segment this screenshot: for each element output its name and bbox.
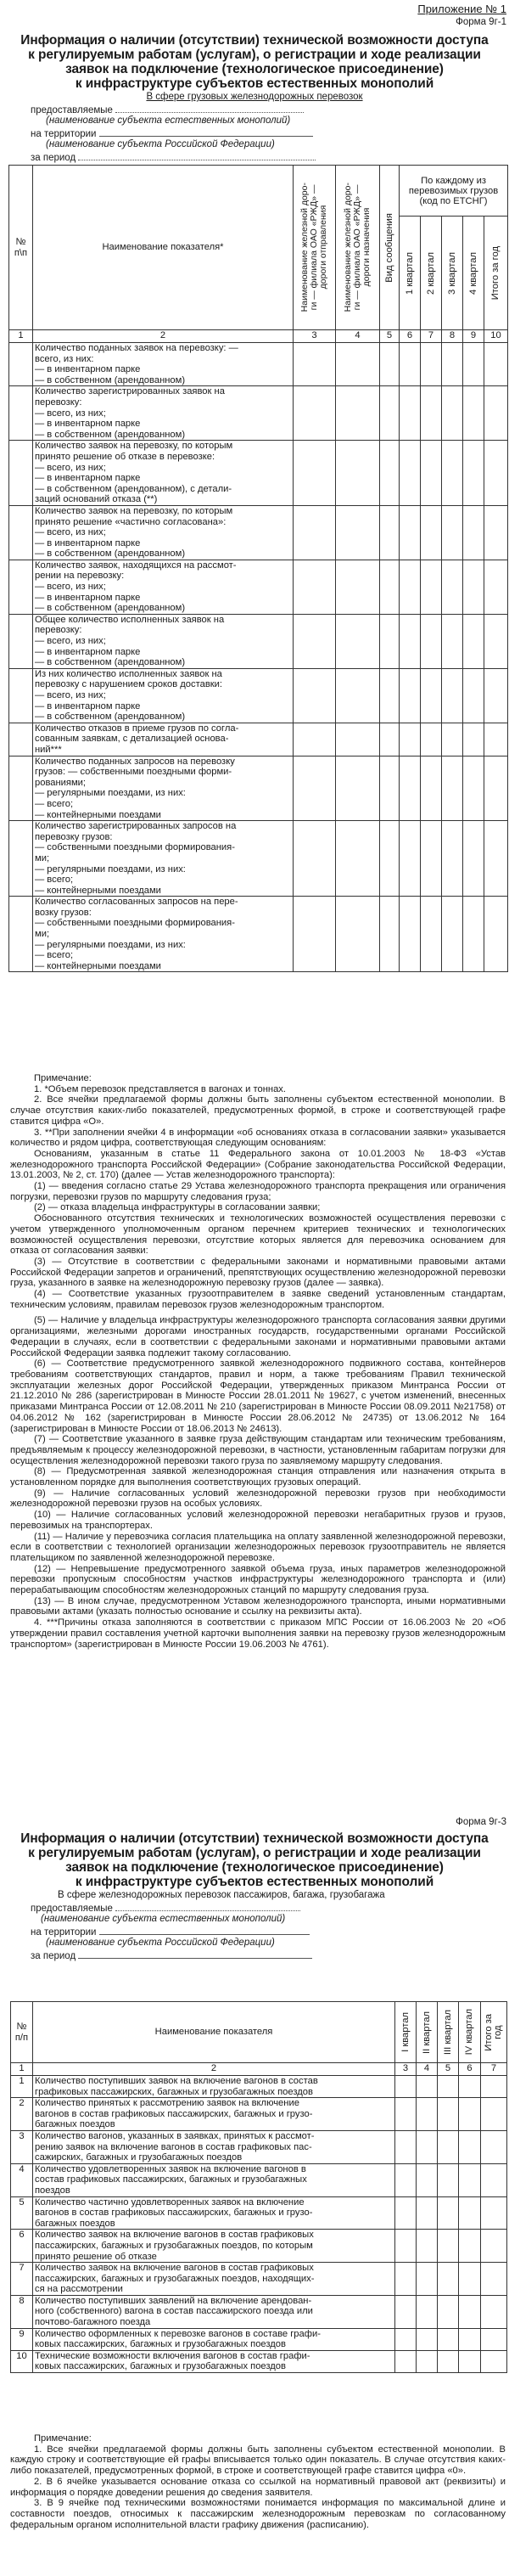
table-row: Количество отказов в приеме грузов по со… [9, 723, 508, 756]
value-cell[interactable] [459, 2163, 481, 2196]
table-row: Количество согласованных запросов на пер… [9, 897, 508, 972]
column-number: 7 [421, 330, 442, 343]
indicator-name: Общее количество исполненных заявок на п… [33, 614, 294, 668]
value-cell[interactable] [395, 2295, 417, 2328]
form3-label: Форма 9г-3 [456, 1817, 506, 1828]
provided-label: предоставляемые [31, 105, 113, 115]
note-paragraph: (10) — Наличие согласованных условий жел… [10, 1510, 506, 1531]
value-cell[interactable] [395, 2076, 417, 2098]
indicator-name: Количество поступивших заявлений на вклю… [33, 2295, 395, 2328]
column-number: 5 [438, 2063, 459, 2076]
value-cell[interactable] [400, 614, 421, 668]
value-cell[interactable] [294, 386, 336, 441]
value-cell[interactable] [463, 441, 484, 506]
form3-territory-field[interactable]: на территории [31, 1926, 310, 1938]
column-number-row: 12345678910 [9, 330, 508, 343]
value-cell[interactable] [442, 343, 463, 386]
value-cell[interactable] [463, 897, 484, 972]
table-row: 4Количество удовлетворенных заявок на вк… [11, 2163, 507, 2196]
value-cell[interactable] [484, 723, 508, 756]
value-cell[interactable] [442, 560, 463, 614]
table-row: 6Количество заявок на включение вагонов … [11, 2230, 507, 2263]
note-paragraph: (9) — Наличие согласованных условий желе… [10, 1488, 506, 1510]
header-q4: IV квартал [459, 2002, 481, 2063]
value-cell[interactable] [459, 2350, 481, 2372]
value-cell[interactable] [463, 343, 484, 386]
value-cell[interactable] [395, 2230, 417, 2263]
value-cell[interactable] [481, 2163, 507, 2196]
indicator-name: Количество зарегистрированных заявок на … [33, 386, 294, 441]
value-cell[interactable] [481, 2230, 507, 2263]
indicator-name: Количество заявок на включение вагонов в… [33, 2263, 395, 2296]
header-road-to: Наименование железной доро- ги — филиала… [336, 166, 380, 330]
title-line: заявок на подключение (технологическое п… [0, 63, 509, 76]
value-cell[interactable] [336, 505, 380, 560]
value-cell[interactable] [400, 560, 421, 614]
value-cell[interactable] [481, 2076, 507, 2098]
value-cell[interactable] [380, 756, 400, 821]
value-cell[interactable] [484, 560, 508, 614]
value-cell[interactable] [417, 2350, 438, 2372]
row-number [9, 441, 33, 506]
value-cell[interactable] [400, 821, 421, 897]
header-cargo-group: По каждому из перевозимых грузов (код по… [400, 166, 508, 217]
indicator-name: Количество частично удовлетворенных заяв… [33, 2196, 395, 2230]
value-cell[interactable] [459, 2130, 481, 2163]
value-cell[interactable] [481, 2263, 507, 2296]
value-cell[interactable] [481, 2328, 507, 2350]
indicator-name: Количество отказов в приеме грузов по со… [33, 723, 294, 756]
period-label: за период [31, 1951, 76, 1961]
table-row: Общее количество исполненных заявок на п… [9, 614, 508, 668]
value-cell[interactable] [442, 386, 463, 441]
value-cell[interactable] [336, 560, 380, 614]
value-cell[interactable] [442, 614, 463, 668]
note-paragraph: 3. В 9 ячейке под техническими возможнос… [10, 2498, 506, 2530]
value-cell[interactable] [442, 723, 463, 756]
value-cell[interactable] [438, 2098, 459, 2131]
indicator-name: Количество удовлетворенных заявок на вкл… [33, 2163, 395, 2196]
note-paragraph: (2) — отказа владельца инфраструктуры в … [10, 1202, 506, 1213]
territory-label: на территории [31, 129, 96, 139]
form3-provided-hint: (наименование субъекта естественных моно… [41, 1914, 285, 1925]
value-cell[interactable] [463, 723, 484, 756]
value-cell[interactable] [421, 756, 442, 821]
row-number [9, 505, 33, 560]
value-cell[interactable] [395, 2263, 417, 2296]
value-cell[interactable] [336, 614, 380, 668]
table-row: Количество зарегистрированных запросов н… [9, 821, 508, 897]
value-cell[interactable] [294, 897, 336, 972]
value-cell[interactable] [417, 2328, 438, 2350]
note-paragraph: (1) — введения согласно статье 29 Устава… [10, 1181, 506, 1202]
territory-field[interactable]: на территории [31, 127, 313, 140]
note-paragraph: Обоснованного отсутствия технических и т… [10, 1213, 506, 1257]
value-cell[interactable] [380, 343, 400, 386]
value-cell[interactable] [380, 560, 400, 614]
header-num: № п/п [11, 2002, 33, 2063]
note-paragraph: (13) — В ином случае, предусмотренном Ус… [10, 1596, 506, 1617]
value-cell[interactable] [438, 2130, 459, 2163]
title-line: к регулируемым работам (услугам), о реги… [0, 1847, 509, 1860]
value-cell[interactable] [417, 2295, 438, 2328]
value-cell[interactable] [294, 441, 336, 506]
value-cell[interactable] [336, 756, 380, 821]
value-cell[interactable] [481, 2130, 507, 2163]
note-paragraph: Основаниям, указанным в статье 11 Федера… [10, 1149, 506, 1181]
note-paragraph: (4) — Соответствие указанных грузоотправ… [10, 1289, 506, 1310]
column-number: 5 [380, 330, 400, 343]
value-cell[interactable] [417, 2163, 438, 2196]
territory-input-line[interactable] [99, 127, 313, 137]
period-input-line[interactable] [78, 1949, 312, 1959]
value-cell[interactable] [421, 723, 442, 756]
indicator-name: Количество зарегистрированных запросов н… [33, 821, 294, 897]
value-cell[interactable] [438, 2263, 459, 2296]
value-cell[interactable] [294, 723, 336, 756]
header-name: Наименование показателя [33, 2002, 395, 2063]
value-cell[interactable] [336, 441, 380, 506]
header-q3: III квартал [438, 2002, 459, 2063]
table-row: Количество зарегистрированных заявок на … [9, 386, 508, 441]
value-cell[interactable] [336, 723, 380, 756]
value-cell[interactable] [421, 821, 442, 897]
row-number: 1 [11, 2076, 33, 2098]
table-row: 5Количество частично удовлетворенных зая… [11, 2196, 507, 2230]
notes-heading: Примечание: [10, 1073, 506, 1084]
header-total: Итого за год [484, 217, 508, 330]
value-cell[interactable] [438, 2163, 459, 2196]
value-cell[interactable] [484, 343, 508, 386]
header-num: № п\п [9, 166, 33, 330]
row-number: 3 [11, 2130, 33, 2163]
value-cell[interactable] [438, 2350, 459, 2372]
value-cell[interactable] [395, 2163, 417, 2196]
indicator-name: Количество заявок на перевозку, по котор… [33, 441, 294, 506]
table-row: 9Количество оформленных к перевозке ваго… [11, 2328, 507, 2350]
provided-label: предоставляемые [31, 1904, 113, 1914]
header-name: Наименование показателя* [33, 166, 294, 330]
value-cell[interactable] [421, 668, 442, 723]
indicator-name: Количество согласованных запросов на пер… [33, 897, 294, 972]
value-cell[interactable] [400, 756, 421, 821]
value-cell[interactable] [463, 756, 484, 821]
value-cell[interactable] [294, 343, 336, 386]
note-paragraph: 4. ***Причины отказа заполняются в соотв… [10, 1617, 506, 1650]
value-cell[interactable] [481, 2350, 507, 2372]
value-cell[interactable] [459, 2098, 481, 2131]
table-row: Количество поданных заявок на перевозку:… [9, 343, 508, 386]
header-q1: I квартал [395, 2002, 417, 2063]
indicator-name: Количество оформленных к перевозке вагон… [33, 2328, 395, 2350]
table-row: Количество заявок, находящихся на рассмо… [9, 560, 508, 614]
period-input-line[interactable] [78, 151, 316, 160]
value-cell[interactable] [442, 668, 463, 723]
title-line: заявок на подключение (технологическое п… [0, 1861, 509, 1875]
value-cell[interactable] [336, 668, 380, 723]
column-number: 1 [11, 2063, 33, 2076]
value-cell[interactable] [484, 897, 508, 972]
value-cell[interactable] [459, 2263, 481, 2296]
value-cell[interactable] [459, 2076, 481, 2098]
note-paragraph: 2. В 6 ячейке указывается основание отка… [10, 2477, 506, 2498]
value-cell[interactable] [463, 821, 484, 897]
appendix-label: Приложение № 1 [417, 3, 506, 14]
form3-provided-field[interactable]: предоставляемые [31, 1902, 300, 1915]
value-cell[interactable] [484, 614, 508, 668]
note-paragraph: 2. Все ячейки предлагаемой формы должны … [10, 1094, 506, 1127]
table-row: Количество заявок на перевозку, по котор… [9, 505, 508, 560]
value-cell[interactable] [442, 821, 463, 897]
value-cell[interactable] [417, 2196, 438, 2230]
value-cell[interactable] [336, 821, 380, 897]
value-cell[interactable] [421, 386, 442, 441]
value-cell[interactable] [380, 668, 400, 723]
indicator-name: Количество заявок, находящихся на рассмо… [33, 560, 294, 614]
column-number-row: 1234567 [11, 2063, 507, 2076]
value-cell[interactable] [380, 505, 400, 560]
value-cell[interactable] [421, 560, 442, 614]
value-cell[interactable] [417, 2130, 438, 2163]
title-line: Информация о наличии (отсутствии) технич… [0, 34, 509, 48]
value-cell[interactable] [294, 614, 336, 668]
row-number: 4 [11, 2163, 33, 2196]
note-paragraph: 3. **При заполнении ячейки 4 в информаци… [10, 1128, 506, 1149]
value-cell[interactable] [294, 821, 336, 897]
title-line: Информация о наличии (отсутствии) технич… [0, 1832, 509, 1846]
value-cell[interactable] [395, 2130, 417, 2163]
value-cell[interactable] [395, 2350, 417, 2372]
header-message-type: Вид сообщения [380, 166, 400, 330]
row-number [9, 821, 33, 897]
period-field[interactable]: за период [31, 151, 316, 164]
value-cell[interactable] [380, 897, 400, 972]
indicator-name: Количество заявок на перевозку, по котор… [33, 505, 294, 560]
row-number: 6 [11, 2230, 33, 2263]
row-number [9, 668, 33, 723]
value-cell[interactable] [442, 756, 463, 821]
value-cell[interactable] [421, 614, 442, 668]
value-cell[interactable] [484, 756, 508, 821]
value-cell[interactable] [400, 386, 421, 441]
table-row: 10Технические возможности включения ваго… [11, 2350, 507, 2372]
value-cell[interactable] [459, 2295, 481, 2328]
form1-notes: Примечание: 1. *Объем перевозок представ… [10, 1073, 506, 1650]
provided-input-line[interactable] [115, 104, 304, 113]
value-cell[interactable] [438, 2196, 459, 2230]
note-paragraph: (5) — Наличие у владельца инфраструктуры… [10, 1315, 506, 1358]
value-cell[interactable] [417, 2076, 438, 2098]
provided-field[interactable]: предоставляемые [31, 104, 304, 116]
note-paragraph: (7) — Соответствие указанного в заявке г… [10, 1434, 506, 1466]
value-cell[interactable] [463, 614, 484, 668]
sphere-label: В сфере грузовых железнодорожных перевоз… [0, 92, 509, 103]
value-cell[interactable] [417, 2263, 438, 2296]
header-q4: 4 квартал [463, 217, 484, 330]
header-q2: II квартал [417, 2002, 438, 2063]
column-number: 4 [336, 330, 380, 343]
table-row: 3Количество вагонов, указанных в заявках… [11, 2130, 507, 2163]
value-cell[interactable] [417, 2230, 438, 2263]
row-number [9, 343, 33, 386]
row-number: 2 [11, 2098, 33, 2131]
value-cell[interactable] [421, 505, 442, 560]
row-number: 5 [11, 2196, 33, 2230]
provided-input-line[interactable] [115, 1902, 300, 1911]
note-paragraph: (11) — Наличие у перевозчика согласия пл… [10, 1532, 506, 1564]
column-number: 10 [484, 330, 508, 343]
form3-table: № п/п Наименование показателя I квартал … [10, 2001, 507, 2373]
header-q3: 3 квартал [442, 217, 463, 330]
note-paragraph: (6) — Соответствие предусмотренного заяв… [10, 1358, 506, 1434]
note-paragraph: (12) — Непревышение предусмотренного зая… [10, 1564, 506, 1596]
form3-territory-hint: (наименование субъекта Российской Федера… [46, 1938, 275, 1949]
value-cell[interactable] [484, 505, 508, 560]
value-cell[interactable] [442, 441, 463, 506]
value-cell[interactable] [463, 505, 484, 560]
value-cell[interactable] [400, 441, 421, 506]
value-cell[interactable] [421, 897, 442, 972]
territory-label: на территории [31, 1927, 96, 1938]
indicator-name: Количество поданных запросов на перевозк… [33, 756, 294, 821]
value-cell[interactable] [336, 343, 380, 386]
row-number: 9 [11, 2328, 33, 2350]
value-cell[interactable] [380, 386, 400, 441]
row-number [9, 897, 33, 972]
row-number [9, 386, 33, 441]
form3-sphere-label: В сфере железнодорожных перевозок пассаж… [58, 1890, 385, 1901]
header-q1: 1 квартал [400, 217, 421, 330]
table-row: 2Количество принятых к рассмотрению заяв… [11, 2098, 507, 2131]
header-road-from: Наименование железной доро- ги — филиала… [294, 166, 336, 330]
value-cell[interactable] [481, 2196, 507, 2230]
value-cell[interactable] [336, 386, 380, 441]
value-cell[interactable] [400, 723, 421, 756]
value-cell[interactable] [442, 897, 463, 972]
indicator-name: Количество заявок на включение вагонов в… [33, 2230, 395, 2263]
value-cell[interactable] [438, 2295, 459, 2328]
indicator-name: Количество вагонов, указанных в заявках,… [33, 2130, 395, 2163]
column-number: 6 [459, 2063, 481, 2076]
provided-hint: (наименование субъекта естественных моно… [46, 115, 290, 127]
row-number: 7 [11, 2263, 33, 2296]
value-cell[interactable] [294, 668, 336, 723]
territory-input-line[interactable] [99, 1926, 310, 1935]
value-cell[interactable] [438, 2076, 459, 2098]
column-number: 2 [33, 330, 294, 343]
header-q2: 2 квартал [421, 217, 442, 330]
indicator-name: Из них количество исполненных заявок на … [33, 668, 294, 723]
value-cell[interactable] [421, 343, 442, 386]
column-number: 9 [463, 330, 484, 343]
value-cell[interactable] [438, 2328, 459, 2350]
value-cell[interactable] [459, 2328, 481, 2350]
value-cell[interactable] [484, 821, 508, 897]
form-label: Форма 9г-1 [456, 17, 506, 28]
column-number: 1 [9, 330, 33, 343]
territory-hint: (наименование субъекта Российской Федера… [46, 139, 275, 150]
value-cell[interactable] [421, 441, 442, 506]
value-cell[interactable] [400, 343, 421, 386]
title-line: к инфраструктуре субъектов естественных … [0, 77, 509, 91]
value-cell[interactable] [395, 2328, 417, 2350]
value-cell[interactable] [459, 2230, 481, 2263]
value-cell[interactable] [380, 723, 400, 756]
form3-notes: Примечание: 1. Все ячейки предлагаемой ф… [10, 2433, 506, 2530]
form1-table: № п\п Наименование показателя* Наименова… [8, 165, 508, 972]
value-cell[interactable] [463, 668, 484, 723]
value-cell[interactable] [395, 2098, 417, 2131]
column-number: 3 [294, 330, 336, 343]
period-label: за период [31, 153, 76, 163]
value-cell[interactable] [294, 756, 336, 821]
row-number: 8 [11, 2295, 33, 2328]
value-cell[interactable] [442, 505, 463, 560]
column-number: 7 [481, 2063, 507, 2076]
row-number [9, 560, 33, 614]
value-cell[interactable] [481, 2098, 507, 2131]
row-number [9, 723, 33, 756]
value-cell[interactable] [380, 821, 400, 897]
value-cell[interactable] [459, 2196, 481, 2230]
column-number: 6 [400, 330, 421, 343]
notes-heading: Примечание: [10, 2433, 506, 2444]
value-cell[interactable] [481, 2295, 507, 2328]
form3-period-field[interactable]: за период [31, 1949, 312, 1962]
value-cell[interactable] [438, 2230, 459, 2263]
value-cell[interactable] [294, 560, 336, 614]
note-paragraph: (8) — Предусмотренная заявкой железнодор… [10, 1466, 506, 1488]
value-cell[interactable] [294, 505, 336, 560]
table-row: 1Количество поступивших заявок на включе… [11, 2076, 507, 2098]
table-row: 7Количество заявок на включение вагонов … [11, 2263, 507, 2296]
note-paragraph: 1. *Объем перевозок представляется в ваг… [10, 1084, 506, 1095]
indicator-name: Количество поданных заявок на перевозку:… [33, 343, 294, 386]
value-cell[interactable] [484, 386, 508, 441]
value-cell[interactable] [400, 897, 421, 972]
value-cell[interactable] [484, 668, 508, 723]
note-paragraph: (3) — Отсутствие в соответствии с федера… [10, 1257, 506, 1289]
indicator-name: Количество поступивших заявок на включен… [33, 2076, 395, 2098]
title-line: к регулируемым работам (услугам), о реги… [0, 48, 509, 62]
table-row: Из них количество исполненных заявок на … [9, 668, 508, 723]
indicator-name: Технические возможности включения вагоно… [33, 2350, 395, 2372]
row-number [9, 614, 33, 668]
value-cell[interactable] [463, 386, 484, 441]
note-paragraph: 1. Все ячейки предлагаемой формы должны … [10, 2444, 506, 2477]
value-cell[interactable] [417, 2098, 438, 2131]
column-number: 4 [417, 2063, 438, 2076]
value-cell[interactable] [484, 441, 508, 506]
column-number: 3 [395, 2063, 417, 2076]
title-line: к инфраструктуре субъектов естественных … [0, 1876, 509, 1889]
table-row: Количество заявок на перевозку, по котор… [9, 441, 508, 506]
value-cell[interactable] [400, 668, 421, 723]
indicator-name: Количество принятых к рассмотрению заяво… [33, 2098, 395, 2131]
value-cell[interactable] [463, 560, 484, 614]
column-number: 8 [442, 330, 463, 343]
row-number [9, 756, 33, 821]
table-row: Количество поданных запросов на перевозк… [9, 756, 508, 821]
column-number: 2 [33, 2063, 395, 2076]
value-cell[interactable] [380, 614, 400, 668]
header-total: Итого за год [481, 2002, 507, 2063]
value-cell[interactable] [380, 441, 400, 506]
value-cell[interactable] [336, 897, 380, 972]
value-cell[interactable] [395, 2196, 417, 2230]
table-row: 8Количество поступивших заявлений на вкл… [11, 2295, 507, 2328]
value-cell[interactable] [400, 505, 421, 560]
